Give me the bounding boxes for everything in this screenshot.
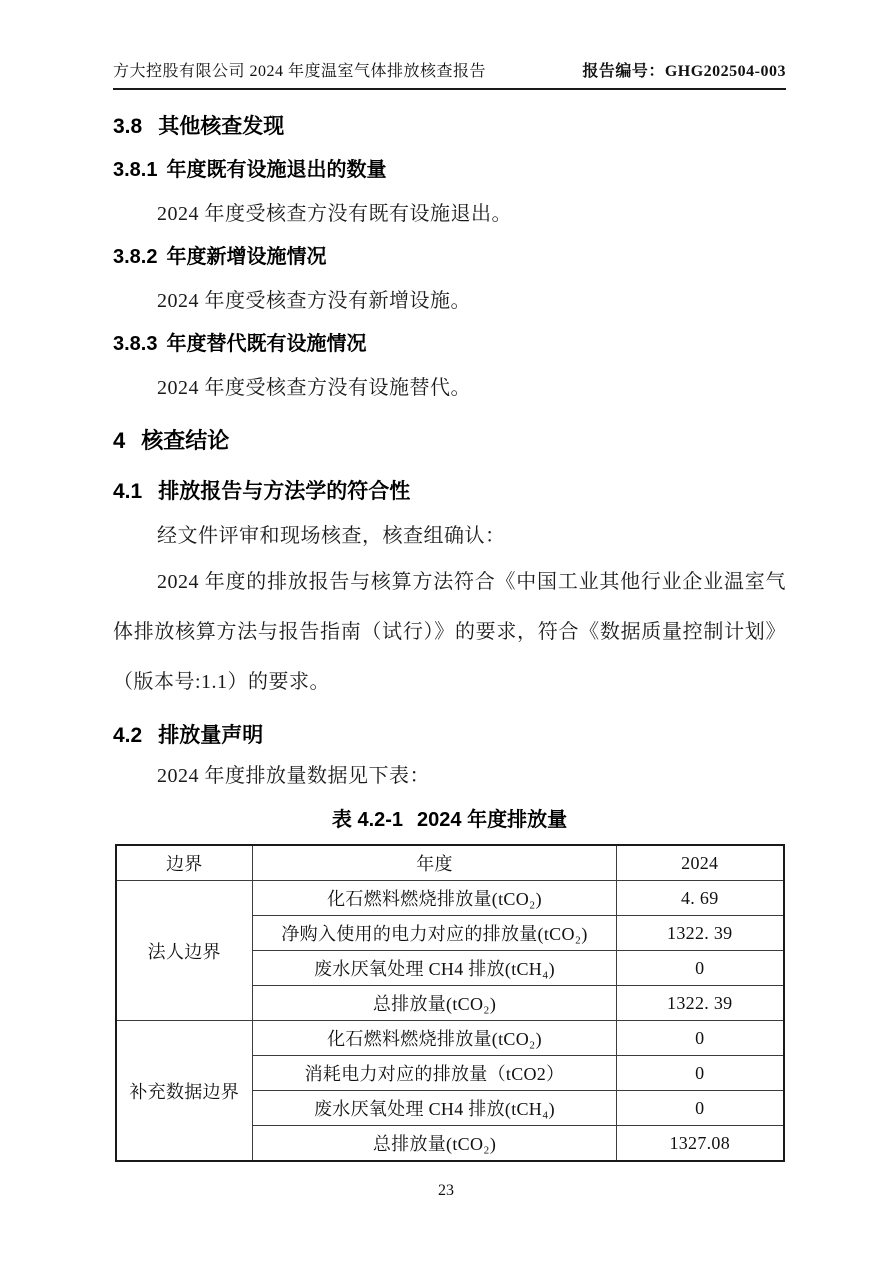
heading-4-1-title: 排放报告与方法学的符合性 bbox=[158, 480, 410, 503]
paragraph-4-1-conclusion: 2024 年度的排放报告与核算方法符合《中国工业其他行业企业温室气体排放核算方法… bbox=[113, 557, 786, 707]
row-value: 1322. 39 bbox=[617, 986, 784, 1021]
document-page: 方大控股有限公司 2024 年度温室气体排放核查报告 报告编号：GHG20250… bbox=[0, 0, 892, 1262]
row-value: 0 bbox=[617, 1056, 784, 1091]
table-header-row: 边界 年度 2024 bbox=[116, 845, 784, 881]
heading-4-2-title: 排放量声明 bbox=[158, 724, 263, 747]
heading-4-number: 4 bbox=[113, 428, 125, 453]
group-label-supplementary-boundary: 补充数据边界 bbox=[116, 1021, 253, 1162]
row-value: 0 bbox=[617, 951, 784, 986]
heading-4: 4核查结论 bbox=[113, 427, 786, 455]
table-caption-title: 2024 年度排放量 bbox=[417, 809, 567, 831]
paragraph-3-8-2: 2024 年度受核查方没有新增设施。 bbox=[113, 288, 786, 314]
row-item: 消耗电力对应的排放量（tCO2） bbox=[253, 1056, 617, 1091]
row-item: 净购入使用的电力对应的排放量(tCO₂) bbox=[253, 916, 617, 951]
heading-4-2: 4.2排放量声明 bbox=[113, 723, 786, 749]
row-value: 4. 69 bbox=[617, 881, 784, 916]
row-value: 1327.08 bbox=[617, 1126, 784, 1162]
heading-4-title: 核查结论 bbox=[141, 428, 229, 453]
paragraph-4-2-intro: 2024 年度排放量数据见下表： bbox=[113, 763, 786, 789]
column-header-2024: 2024 bbox=[617, 845, 784, 881]
paragraph-3-8-1: 2024 年度受核查方没有既有设施退出。 bbox=[113, 201, 786, 227]
row-item: 总排放量(tCO₂) bbox=[253, 986, 617, 1021]
heading-3-8-3-number: 3.8.3 bbox=[113, 333, 157, 355]
heading-3-8-3-title: 年度替代既有设施情况 bbox=[166, 333, 366, 355]
heading-3-8-title: 其他核查发现 bbox=[158, 115, 284, 138]
column-header-boundary: 边界 bbox=[116, 845, 253, 881]
heading-3-8: 3.8其他核查发现 bbox=[113, 114, 786, 140]
heading-4-2-number: 4.2 bbox=[113, 724, 142, 747]
row-item: 废水厌氧处理 CH4 排放(tCH₄) bbox=[253, 951, 617, 986]
heading-3-8-2-number: 3.8.2 bbox=[113, 246, 157, 268]
row-item: 废水厌氧处理 CH4 排放(tCH₄) bbox=[253, 1091, 617, 1126]
heading-3-8-1-title: 年度既有设施退出的数量 bbox=[166, 159, 386, 181]
row-item: 化石燃料燃烧排放量(tCO₂) bbox=[253, 1021, 617, 1056]
row-value: 0 bbox=[617, 1091, 784, 1126]
heading-3-8-number: 3.8 bbox=[113, 115, 142, 138]
table-row: 补充数据边界 化石燃料燃烧排放量(tCO₂) 0 bbox=[116, 1021, 784, 1056]
table-caption: 表 4.2-12024 年度排放量 bbox=[113, 803, 786, 832]
table-row: 法人边界 化石燃料燃烧排放量(tCO₂) 4. 69 bbox=[116, 881, 784, 916]
heading-3-8-1: 3.8.1年度既有设施退出的数量 bbox=[113, 158, 786, 183]
group-label-legal-boundary: 法人边界 bbox=[116, 881, 253, 1021]
heading-3-8-3: 3.8.3年度替代既有设施情况 bbox=[113, 332, 786, 357]
header-report-title: 方大控股有限公司 2024 年度温室气体排放核查报告 bbox=[113, 58, 486, 81]
heading-4-1: 4.1排放报告与方法学的符合性 bbox=[113, 479, 786, 505]
heading-3-8-1-number: 3.8.1 bbox=[113, 159, 157, 181]
table-caption-number: 表 4.2-1 bbox=[332, 809, 403, 831]
page-number: 23 bbox=[0, 1182, 892, 1200]
page-header: 方大控股有限公司 2024 年度温室气体排放核查报告 报告编号：GHG20250… bbox=[113, 58, 786, 90]
row-value: 0 bbox=[617, 1021, 784, 1056]
emissions-table: 边界 年度 2024 法人边界 化石燃料燃烧排放量(tCO₂) 4. 69 净购… bbox=[115, 844, 785, 1162]
header-report-number: 报告编号：GHG202504-003 bbox=[582, 58, 786, 81]
heading-4-1-number: 4.1 bbox=[113, 480, 142, 503]
paragraph-4-1-intro: 经文件评审和现场核查，核查组确认： bbox=[113, 523, 786, 549]
heading-3-8-2: 3.8.2年度新增设施情况 bbox=[113, 245, 786, 270]
row-value: 1322. 39 bbox=[617, 916, 784, 951]
column-header-year: 年度 bbox=[253, 845, 617, 881]
heading-3-8-2-title: 年度新增设施情况 bbox=[166, 246, 326, 268]
row-item: 总排放量(tCO₂) bbox=[253, 1126, 617, 1162]
row-item: 化石燃料燃烧排放量(tCO₂) bbox=[253, 881, 617, 916]
paragraph-3-8-3: 2024 年度受核查方没有设施替代。 bbox=[113, 375, 786, 401]
